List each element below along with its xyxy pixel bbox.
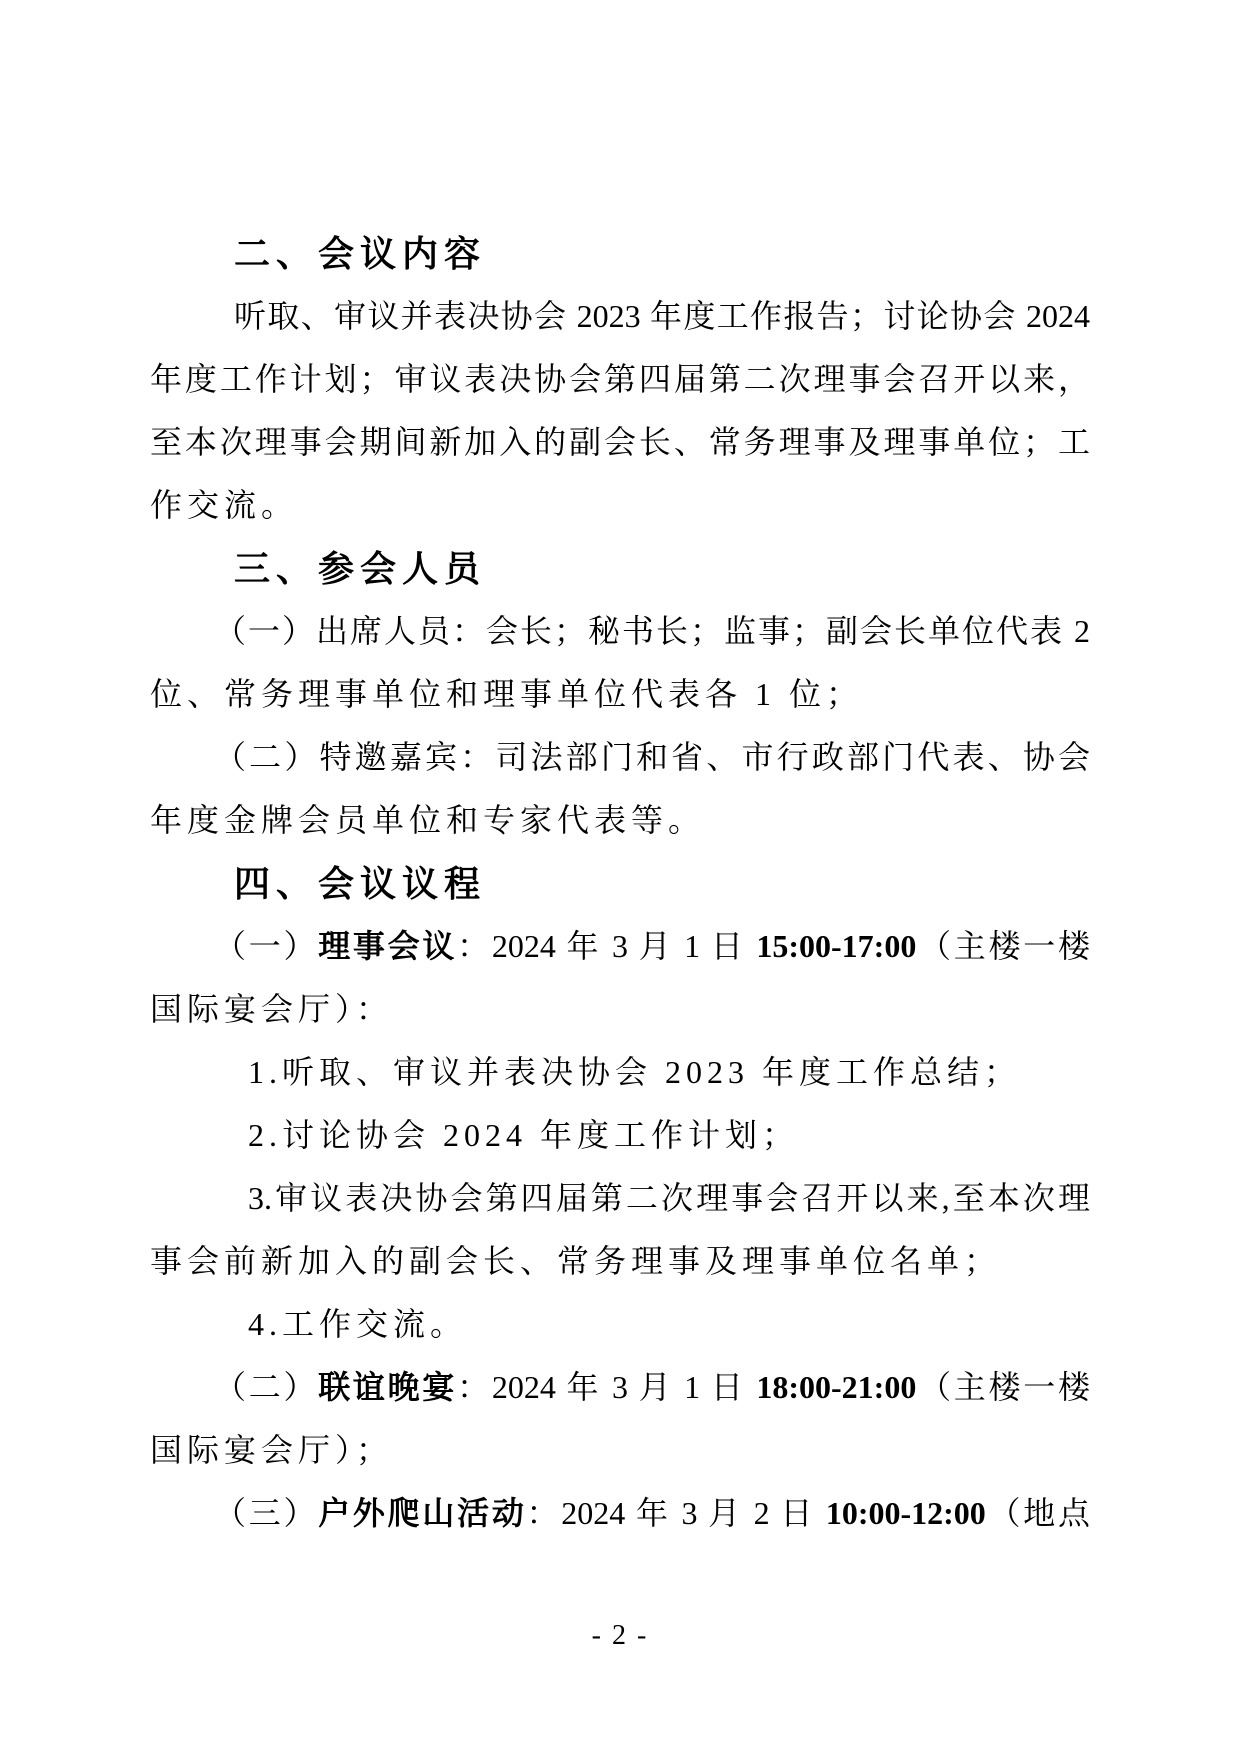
time-range: 15:00-17:00 [756, 928, 916, 964]
text-segment: （一）出席人员：会长；秘书长；监事；副会长单位代表 2 [214, 613, 1090, 649]
heading-text: 三、参会人员 [234, 548, 486, 589]
heading-text: 四、会议议程 [234, 863, 486, 904]
text-segment: 年度工作计划；审议表决协会第四届第二次理事会召开以来， [150, 361, 1090, 397]
item-label: 户外爬山活动 [318, 1495, 526, 1531]
text-segment: 4.工作交流。 [248, 1306, 467, 1342]
doc-line: 国际宴会厅）； [150, 1419, 1090, 1482]
doc-line: 听取、审议并表决协会 2023 年度工作报告；讨论协会 2024 [150, 285, 1090, 348]
doc-line: 年度金牌会员单位和专家代表等。 [150, 789, 1090, 852]
doc-line: 位、常务理事单位和理事单位代表各 1 位； [150, 663, 1090, 726]
text-segment: 至本次理事会期间新加入的副会长、常务理事及理事单位；工 [150, 424, 1090, 460]
text-segment: 年度金牌会员单位和专家代表等。 [150, 802, 705, 838]
text-segment: 听取、审议并表决协会 2023 年度工作报告；讨论协会 2024 [234, 298, 1090, 334]
text-segment: 国际宴会厅）； [150, 1432, 393, 1468]
doc-line: 年度工作计划；审议表决协会第四届第二次理事会召开以来， [150, 348, 1090, 411]
text-segment: （二） [214, 1369, 318, 1405]
text-segment: 3.审议表决协会第四届第二次理事会召开以来,至本次理 [248, 1180, 1090, 1216]
text-segment: （一） [214, 928, 318, 964]
heading-text: 二、会议内容 [234, 233, 486, 274]
text-segment: 2.讨论协会 2024 年度工作计划； [248, 1117, 799, 1153]
doc-line: （三）户外爬山活动：2024 年 3 月 2 日 10:00-12:00（地点 [150, 1482, 1090, 1545]
text-segment: 位、常务理事单位和理事单位代表各 1 位； [150, 676, 863, 712]
time-range: 10:00-12:00 [826, 1495, 986, 1531]
time-range: 18:00-21:00 [756, 1369, 916, 1405]
doc-line: （二）联谊晚宴：2024 年 3 月 1 日 18:00-21:00（主楼一楼 [150, 1356, 1090, 1419]
doc-line: 国际宴会厅）： [150, 978, 1090, 1041]
text-segment: ：2024 年 3 月 2 日 [527, 1495, 826, 1531]
document-body: 二、会议内容 听取、审议并表决协会 2023 年度工作报告；讨论协会 2024 … [150, 222, 1090, 1545]
text-segment: （三） [214, 1495, 318, 1531]
page-number: - 2 - [0, 1616, 1240, 1656]
section-heading-4: 四、会议议程 [150, 852, 1090, 915]
text-segment: ：2024 年 3 月 1 日 [457, 928, 756, 964]
doc-line: 4.工作交流。 [150, 1293, 1090, 1356]
doc-line: 事会前新加入的副会长、常务理事及理事单位名单； [150, 1230, 1090, 1293]
section-heading-3: 三、参会人员 [150, 537, 1090, 600]
doc-line: （一）出席人员：会长；秘书长；监事；副会长单位代表 2 [150, 600, 1090, 663]
text-segment: （地点 [986, 1495, 1090, 1531]
doc-line: （一）理事会议：2024 年 3 月 1 日 15:00-17:00（主楼一楼 [150, 915, 1090, 978]
text-segment: （主楼一楼 [916, 1369, 1090, 1405]
item-label: 理事会议 [318, 928, 457, 964]
text-segment: 作交流。 [150, 487, 298, 523]
text-segment: （二）特邀嘉宾：司法部门和省、市行政部门代表、协会 [214, 739, 1090, 775]
text-segment: 事会前新加入的副会长、常务理事及理事单位名单； [150, 1243, 1001, 1279]
text-segment: 1.听取、审议并表决协会 2023 年度工作总结； [248, 1054, 1021, 1090]
item-label: 联谊晚宴 [318, 1369, 457, 1405]
document-page: 二、会议内容 听取、审议并表决协会 2023 年度工作报告；讨论协会 2024 … [0, 0, 1240, 1754]
doc-line: （二）特邀嘉宾：司法部门和省、市行政部门代表、协会 [150, 726, 1090, 789]
doc-line: 至本次理事会期间新加入的副会长、常务理事及理事单位；工 [150, 411, 1090, 474]
doc-line: 2.讨论协会 2024 年度工作计划； [150, 1104, 1090, 1167]
text-segment: ：2024 年 3 月 1 日 [457, 1369, 756, 1405]
text-segment: （主楼一楼 [916, 928, 1090, 964]
doc-line: 3.审议表决协会第四届第二次理事会召开以来,至本次理 [150, 1167, 1090, 1230]
doc-line: 作交流。 [150, 474, 1090, 537]
section-heading-2: 二、会议内容 [150, 222, 1090, 285]
doc-line: 1.听取、审议并表决协会 2023 年度工作总结； [150, 1041, 1090, 1104]
text-segment: 国际宴会厅）： [150, 991, 393, 1027]
